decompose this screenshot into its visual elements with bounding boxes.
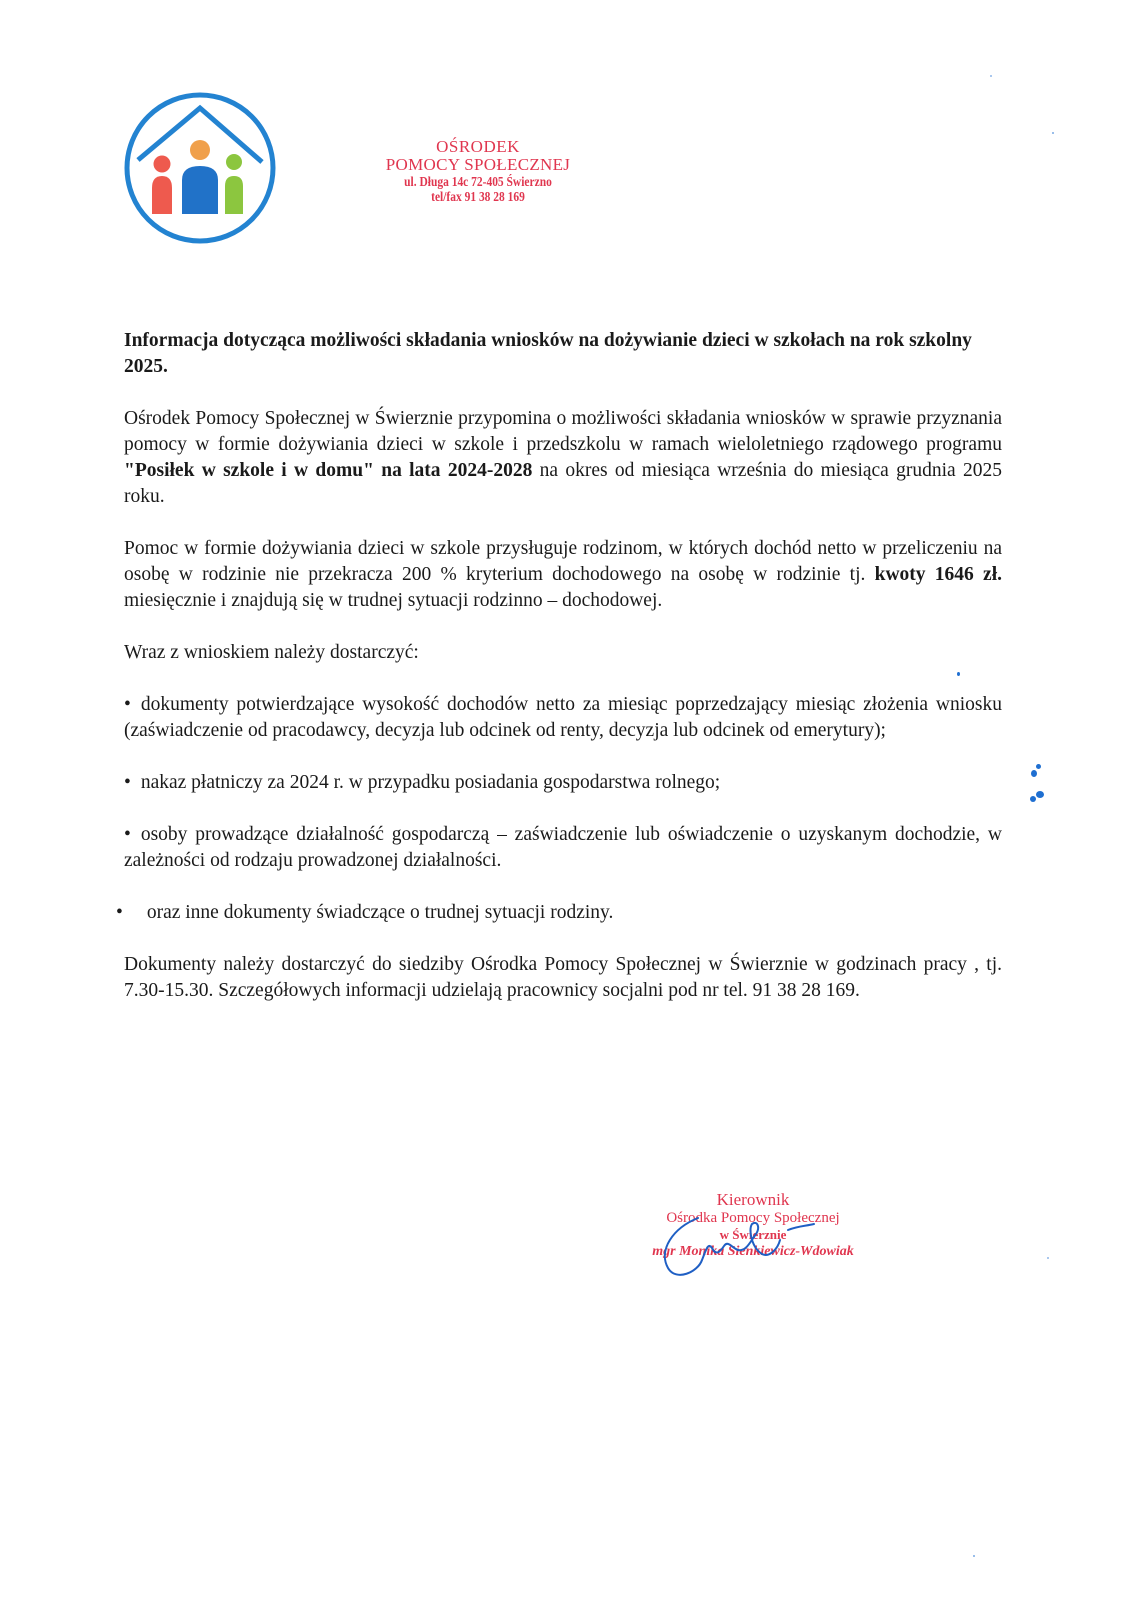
letterhead-line-1: OŚRODEK — [368, 138, 588, 156]
letterhead-line-2: POMOCY SPOŁECZNEJ — [368, 156, 588, 174]
signature-name: mgr Monika Sienkiewicz-Wdowiak — [628, 1243, 878, 1261]
list-item: •osoby prowadzące działalność gospodarcz… — [124, 822, 1002, 874]
signature-location: w Świerznie — [628, 1227, 878, 1243]
paragraph-eligibility: Pomoc w formie dożywiania dzieci w szkol… — [124, 536, 1002, 614]
house-family-icon — [122, 90, 278, 246]
organization-logo — [122, 90, 278, 246]
bullet-icon: • — [124, 822, 131, 848]
letterhead-address: ul. Długa 14c 72-405 Świerzno — [388, 175, 568, 190]
income-threshold: kwoty 1646 zł. — [875, 564, 1002, 585]
letterhead-phone: tel/fax 91 38 28 169 — [388, 190, 568, 205]
list-item: •dokumenty potwierdzające wysokość docho… — [124, 692, 1002, 744]
signature-title: Kierownik — [628, 1190, 878, 1209]
document-title: Informacja dotycząca możliwości składani… — [124, 328, 1002, 380]
letterhead-stamp: OŚRODEK POMOCY SPOŁECZNEJ ul. Długa 14c … — [368, 138, 588, 205]
bullet-icon: • — [124, 692, 131, 718]
paragraph-eligibility-text-1: Pomoc w formie dożywiania dzieci w szkol… — [124, 538, 1002, 585]
paragraph-closing: Dokumenty należy dostarczyć do siedziby … — [124, 952, 1002, 1004]
paragraph-eligibility-text-2: miesięcznie i znajdują się w trudnej syt… — [124, 590, 662, 611]
list-item: •oraz inne dokumenty świadczące o trudne… — [124, 900, 1002, 926]
paragraph-program-text-1: Ośrodek Pomocy Społecznej w Świerznie pr… — [124, 408, 1002, 455]
list-item-text: nakaz płatniczy za 2024 r. w przypadku p… — [141, 772, 720, 793]
signature-stamp: Kierownik Ośrodka Pomocy Społecznej w Św… — [628, 1190, 878, 1285]
bullet-icon: • — [124, 770, 131, 796]
document-body: Informacja dotycząca możliwości składani… — [124, 328, 1002, 1030]
paragraph-program-info: Ośrodek Pomocy Społecznej w Świerznie pr… — [124, 406, 1002, 510]
list-item-text: dokumenty potwierdzające wysokość dochod… — [124, 694, 1002, 741]
list-item-text: oraz inne dokumenty świadczące o trudnej… — [147, 902, 614, 923]
list-item-text: osoby prowadzące działalność gospodarczą… — [124, 824, 1002, 871]
list-item: •nakaz płatniczy za 2024 r. w przypadku … — [124, 770, 1002, 796]
program-name: "Posiłek w szkole i w domu" na lata 2024… — [124, 460, 532, 481]
list-intro: Wraz z wnioskiem należy dostarczyć: — [124, 640, 1002, 666]
bullet-icon: • — [116, 900, 123, 926]
signature-institution: Ośrodka Pomocy Społecznej — [628, 1209, 878, 1227]
